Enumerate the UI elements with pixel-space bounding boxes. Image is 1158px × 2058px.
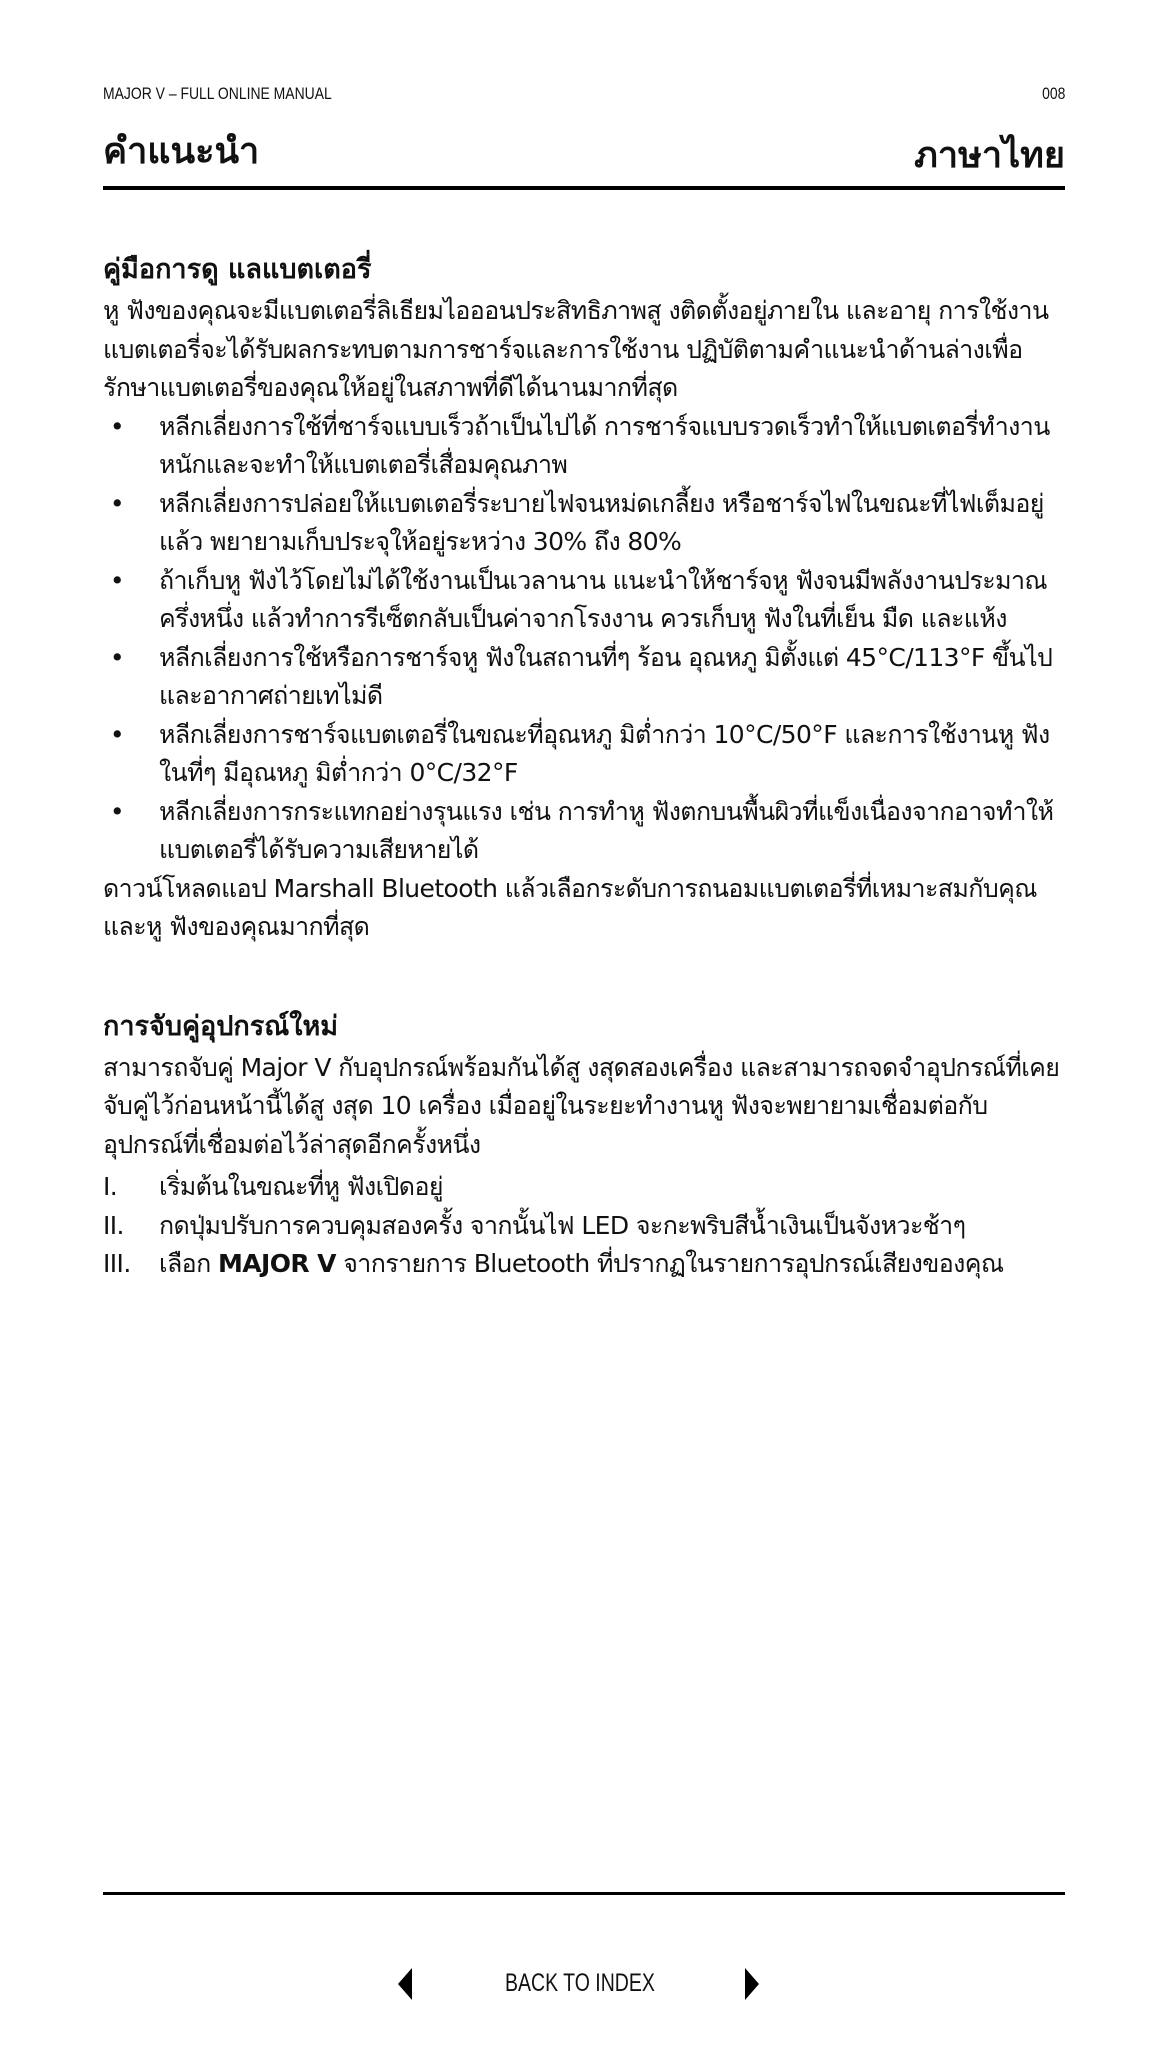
manual-page: MAJOR V – FULL ONLINE MANUAL 008 คำแนะนำ… (103, 0, 1065, 2058)
running-header: MAJOR V – FULL ONLINE MANUAL (103, 84, 892, 106)
pairing-steps-list: I.เริ่มต้นในขณะที่หู ฟังเปิดอยู่ II.กดปุ… (103, 1168, 1065, 1284)
content: คู่มือการดู แลแบตเตอรี่ หู ฟังของคุณจะมี… (103, 248, 1065, 1284)
manual-title: MAJOR V – FULL ONLINE MANUAL (103, 84, 332, 104)
header-divider (103, 186, 1065, 190)
bullet-icon: • (107, 408, 127, 447)
list-item: I.เริ่มต้นในขณะที่หู ฟังเปิดอยู่ (103, 1168, 1065, 1207)
battery-care-section: คู่มือการดู แลแบตเตอรี่ หู ฟังของคุณจะมี… (103, 248, 1065, 947)
battery-tips-list: •หลีกเลี่ยงการใช้ที่ชาร์จแบบเร็วถ้าเป็นไ… (103, 408, 1065, 870)
list-item: •หลีกเลี่ยงการปล่อยให้แบตเตอรี่ระบายไฟจน… (103, 485, 1065, 562)
list-item: •หลีกเลี่ยงการใช้หรือการชาร์จหู ฟังในสถา… (103, 639, 1065, 716)
step-number: I. (103, 1168, 153, 1207)
title-row: คำแนะนำ ภาษาไทย (103, 128, 1065, 180)
list-item: •หลีกเลี่ยงการกระแทกอย่างรุนแรง เช่น การ… (103, 793, 1065, 870)
pairing-heading: การจับคู่อุปกรณ์ใหม่ (103, 1005, 1065, 1049)
language-label: ภาษาไทย (914, 132, 1065, 180)
bullet-icon: • (107, 793, 127, 832)
step-text-before: เลือก (159, 1249, 218, 1278)
step-text: กดปุ่มปรับการควบคุมสองครั้ง จากนั้นไฟ LE… (159, 1211, 965, 1240)
battery-care-outro: ดาวน์โหลดแอป Marshall Bluetooth แล้วเลือ… (103, 870, 1065, 947)
tip-text: หลีกเลี่ยงการใช้หรือการชาร์จหู ฟังในสถาน… (159, 643, 1052, 711)
list-item: •ถ้าเก็บหู ฟังไว้โดยไม่ได้ใช้งานเป็นเวลา… (103, 562, 1065, 639)
section-spacer (103, 947, 1065, 1005)
list-item: •หลีกเลี่ยงการชาร์จแบตเตอรี่ในขณะที่อุณห… (103, 716, 1065, 793)
battery-care-intro: หู ฟังของคุณจะมีแบตเตอรี่ลิเธียมไอออนประ… (103, 292, 1065, 408)
bullet-icon: • (107, 639, 127, 678)
section-title: คำแนะนำ (103, 128, 259, 176)
pairing-intro: สามารถจับคู่ Major V กับอุปกรณ์พร้อมกันไ… (103, 1049, 1065, 1165)
tip-text: ถ้าเก็บหู ฟังไว้โดยไม่ได้ใช้งานเป็นเวลาน… (159, 566, 1047, 634)
step-number: III. (103, 1245, 153, 1284)
previous-page-arrow-icon[interactable] (398, 1968, 412, 2000)
step-text-after: จากรายการ Bluetooth ที่ปรากฏในรายการอุปก… (336, 1249, 1004, 1278)
tip-text: หลีกเลี่ยงการปล่อยให้แบตเตอรี่ระบายไฟจนห… (159, 489, 1044, 557)
list-item: III.เลือก MAJOR V จากรายการ Bluetooth ที… (103, 1245, 1065, 1284)
footer-divider (103, 1892, 1065, 1895)
pairing-section: การจับคู่อุปกรณ์ใหม่ สามารถจับคู่ Major … (103, 1005, 1065, 1284)
bullet-icon: • (107, 716, 127, 755)
next-page-arrow-icon[interactable] (745, 1968, 759, 2000)
list-item: II.กดปุ่มปรับการควบคุมสองครั้ง จากนั้นไฟ… (103, 1207, 1065, 1246)
step-number: II. (103, 1207, 153, 1246)
tip-text: หลีกเลี่ยงการใช้ที่ชาร์จแบบเร็วถ้าเป็นไป… (159, 412, 1050, 480)
bullet-icon: • (107, 562, 127, 601)
page-navigation: BACK TO INDEX (0, 1962, 1158, 2002)
back-to-index-link[interactable]: BACK TO INDEX (505, 1966, 655, 2000)
tip-text: หลีกเลี่ยงการกระแทกอย่างรุนแรง เช่น การท… (159, 797, 1053, 865)
device-name: MAJOR V (218, 1249, 336, 1278)
battery-care-heading: คู่มือการดู แลแบตเตอรี่ (103, 248, 1065, 292)
page-number: 008 (1042, 84, 1065, 104)
list-item: •หลีกเลี่ยงการใช้ที่ชาร์จแบบเร็วถ้าเป็นไ… (103, 408, 1065, 485)
bullet-icon: • (107, 485, 127, 524)
tip-text: หลีกเลี่ยงการชาร์จแบตเตอรี่ในขณะที่อุณหภ… (159, 720, 1050, 788)
step-text: เริ่มต้นในขณะที่หู ฟังเปิดอยู่ (159, 1172, 443, 1201)
